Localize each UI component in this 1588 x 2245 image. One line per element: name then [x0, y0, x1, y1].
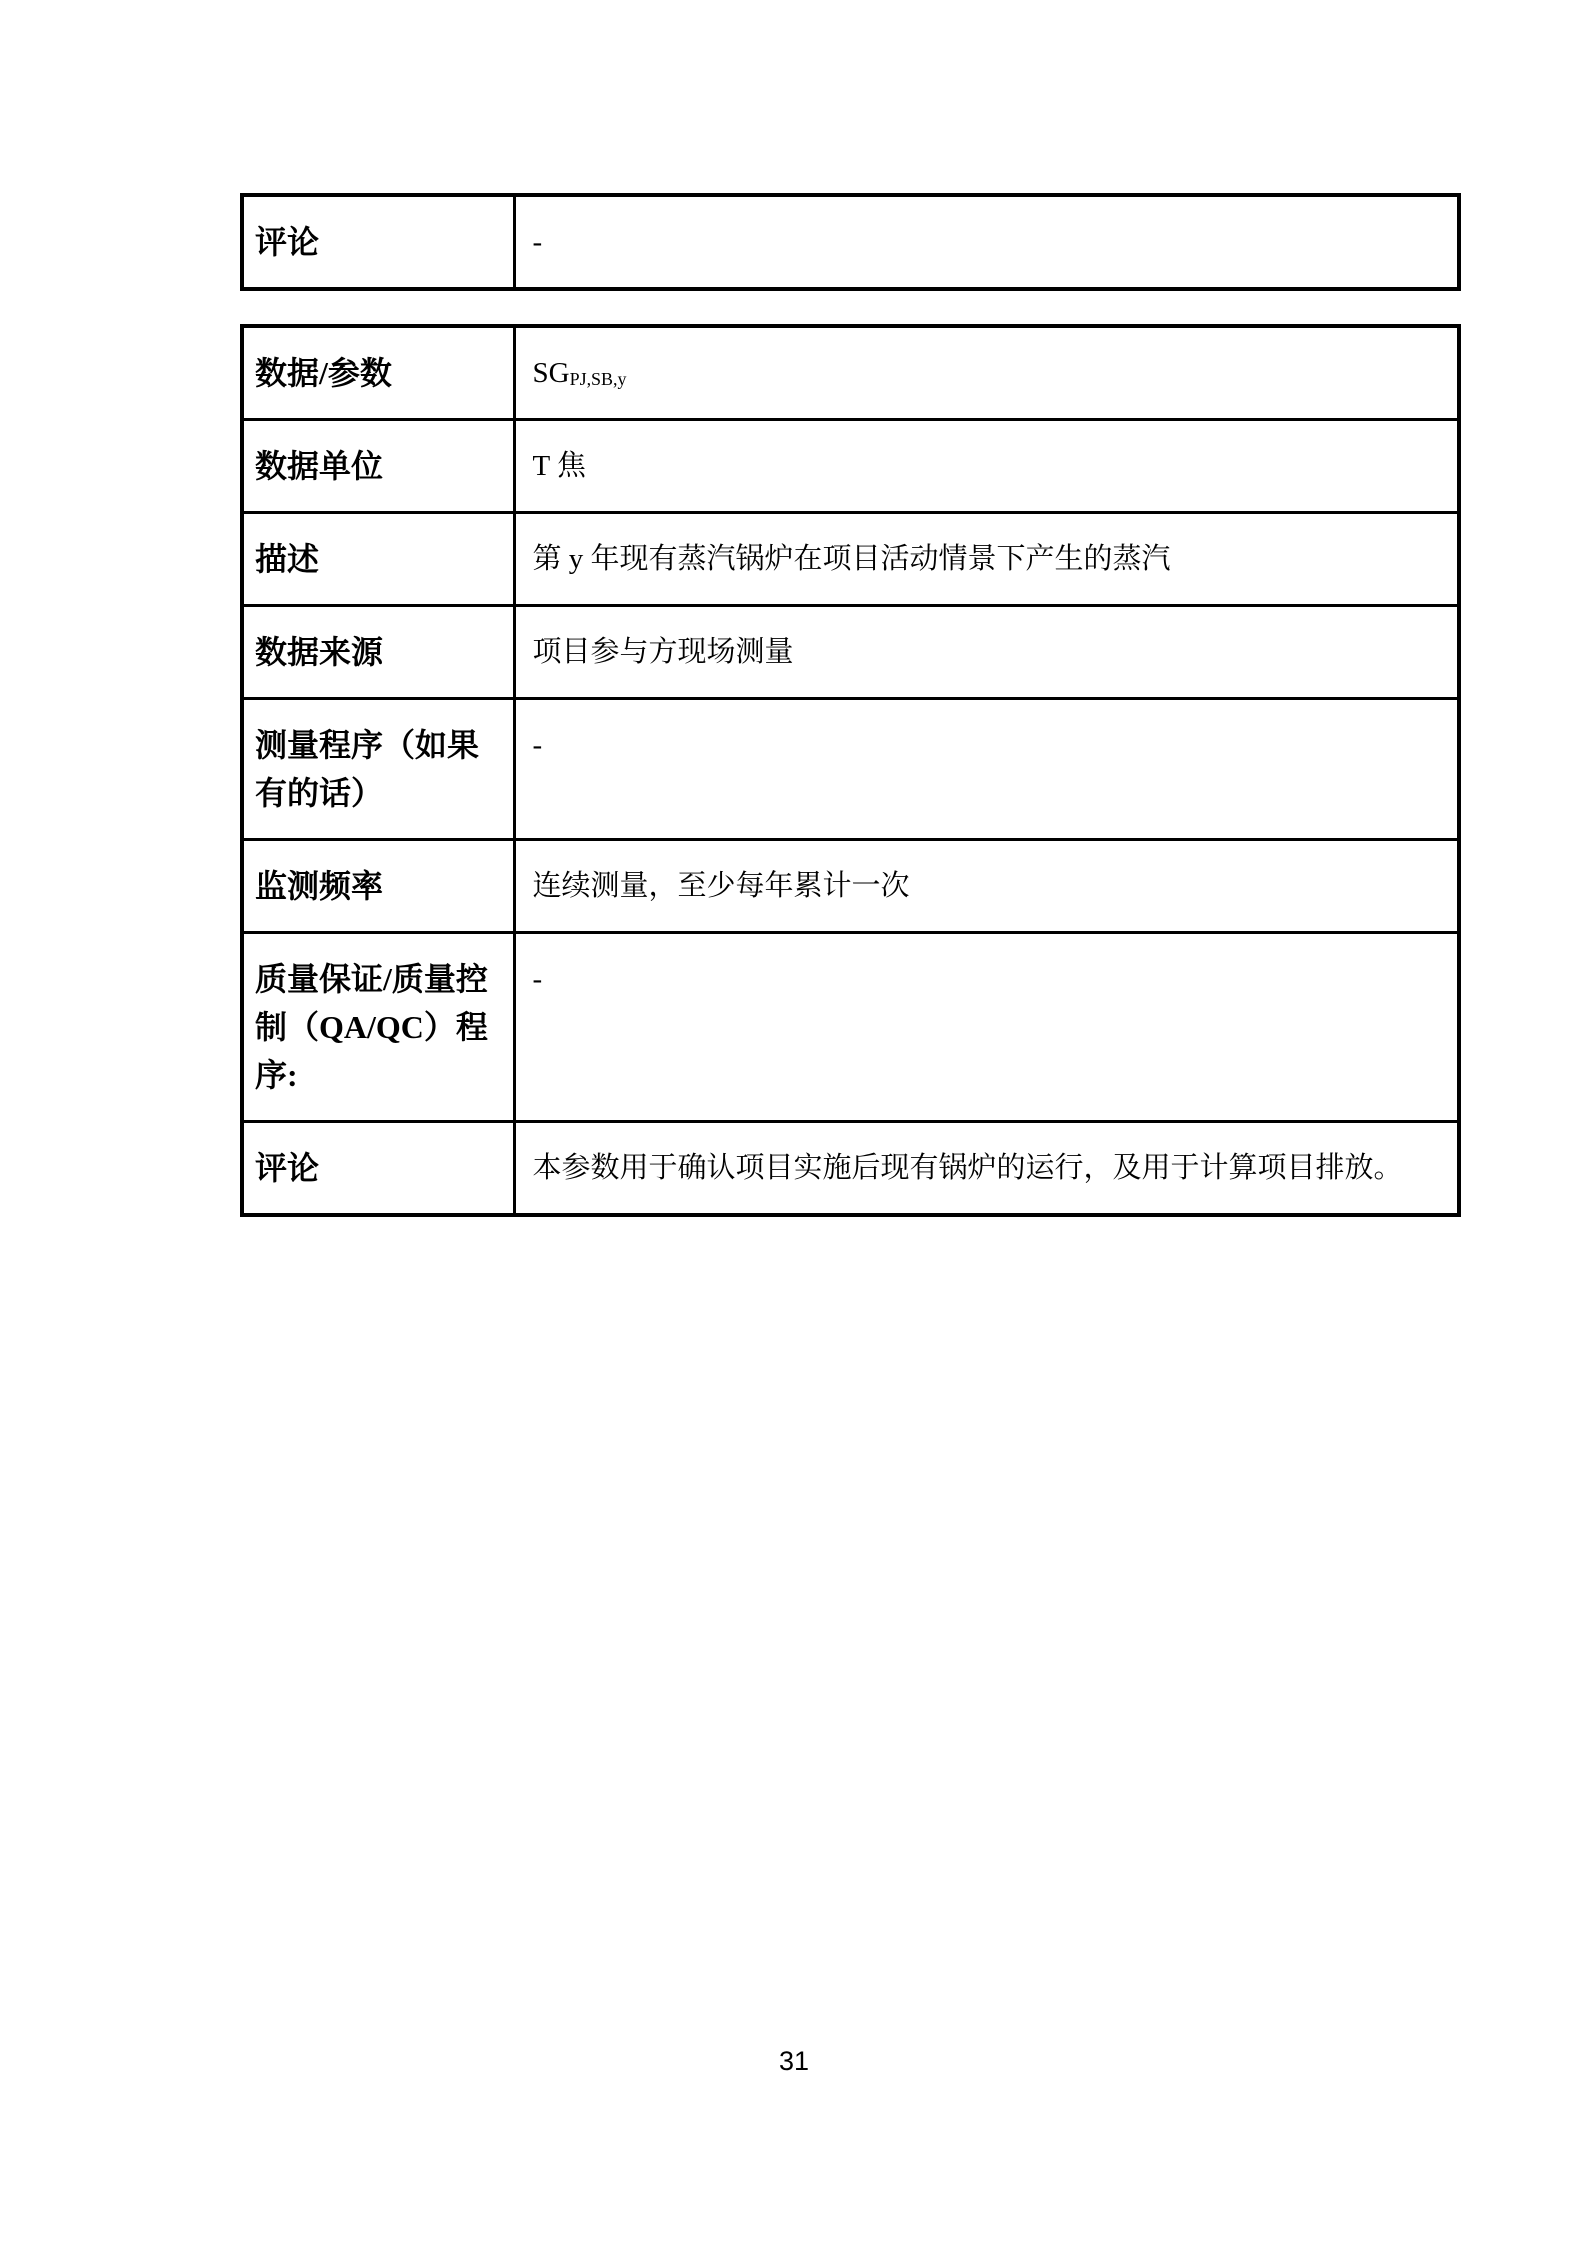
- parameter-symbol: SG: [533, 357, 570, 389]
- label-comment: 评论: [242, 1122, 514, 1216]
- document-page: 评论 - 数据/参数 SGPJ,SB,y 数据单位 T 焦 描述 第 y 年现有…: [0, 0, 1588, 2245]
- value-comment: 本参数用于确认项目实施后现有锅炉的运行，及用于计算项目排放。: [514, 1122, 1459, 1216]
- label-data-source: 数据来源: [242, 606, 514, 699]
- page-number: 31: [0, 2046, 1588, 2076]
- table-row: 数据来源 项目参与方现场测量: [242, 606, 1459, 699]
- label-data-unit: 数据单位: [242, 420, 514, 513]
- comment-table: 评论 -: [240, 193, 1461, 291]
- value-monitoring-frequency: 连续测量，至少每年累计一次: [514, 840, 1459, 933]
- value-comment: -: [514, 195, 1459, 289]
- table-row: 描述 第 y 年现有蒸汽锅炉在项目活动情景下产生的蒸汽: [242, 513, 1459, 606]
- table-row: 质量保证/质量控制（QA/QC）程序: -: [242, 933, 1459, 1122]
- table-row: 监测频率 连续测量，至少每年累计一次: [242, 840, 1459, 933]
- table-row: 评论 -: [242, 195, 1459, 289]
- table-row: 评论 本参数用于确认项目实施后现有锅炉的运行，及用于计算项目排放。: [242, 1122, 1459, 1216]
- label-data-parameter: 数据/参数: [242, 326, 514, 420]
- label-monitoring-frequency: 监测频率: [242, 840, 514, 933]
- value-qa-qc-procedures: -: [514, 933, 1459, 1122]
- value-description: 第 y 年现有蒸汽锅炉在项目活动情景下产生的蒸汽: [514, 513, 1459, 606]
- value-data-parameter: SGPJ,SB,y: [514, 326, 1459, 420]
- label-description: 描述: [242, 513, 514, 606]
- value-measurement-procedures: -: [514, 699, 1459, 840]
- table-row: 测量程序（如果有的话） -: [242, 699, 1459, 840]
- value-data-source: 项目参与方现场测量: [514, 606, 1459, 699]
- table-row: 数据/参数 SGPJ,SB,y: [242, 326, 1459, 420]
- label-comment: 评论: [242, 195, 514, 289]
- label-measurement-procedures: 测量程序（如果有的话）: [242, 699, 514, 840]
- label-qa-qc-procedures: 质量保证/质量控制（QA/QC）程序:: [242, 933, 514, 1122]
- parameter-subscript: PJ,SB,y: [570, 369, 627, 389]
- value-data-unit: T 焦: [514, 420, 1459, 513]
- parameter-table: 数据/参数 SGPJ,SB,y 数据单位 T 焦 描述 第 y 年现有蒸汽锅炉在…: [240, 324, 1461, 1217]
- table-row: 数据单位 T 焦: [242, 420, 1459, 513]
